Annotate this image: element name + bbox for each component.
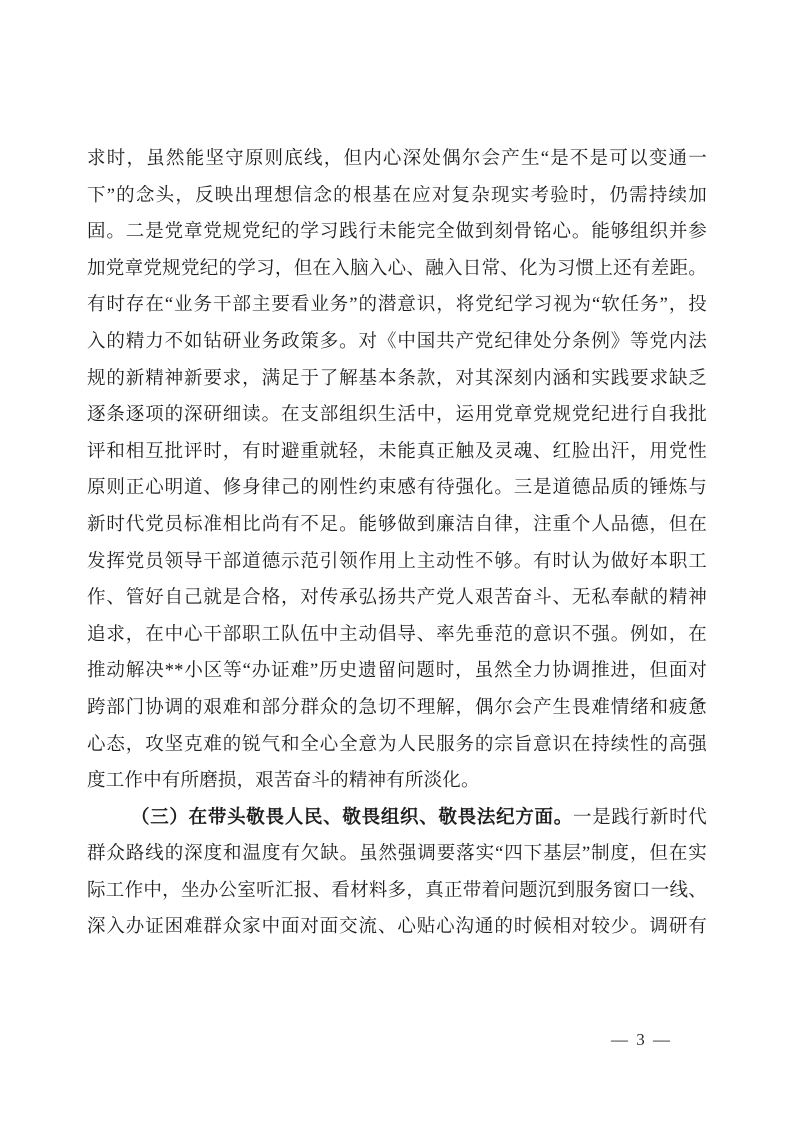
body-line: 有时存在“业务干部主要看业务”的潜意识，将党纪学习视为“软任务”，投 — [87, 287, 707, 324]
page-number: — 3 — — [611, 1028, 672, 1052]
document-body: 求时，虽然能坚守原则底线，但内心深处偶尔会产生“是不是可以变通一 下”的念头，反… — [87, 141, 707, 946]
document-page: 求时，虽然能坚守原则底线，但内心深处偶尔会产生“是不是可以变通一 下”的念头，反… — [0, 0, 793, 1122]
body-line: 加党章党规党纪的学习，但在入脑入心、融入日常、化为习惯上还有差距。 — [87, 251, 707, 288]
body-line: 固。二是党章党规党纪的学习践行未能完全做到刻骨铭心。能够组织并参 — [87, 214, 707, 251]
body-line: 下”的念头，反映出理想信念的根基在应对复杂现实考验时，仍需持续加 — [87, 178, 707, 215]
section-heading-line: （三）在带头敬畏人民、敬畏组织、敬畏法纪方面。一是践行新时代 — [87, 800, 707, 837]
body-line: 原则正心明道、修身律己的刚性约束感有待强化。三是道德品质的锤炼与 — [87, 470, 707, 507]
body-line: 推动解决**小区等“办证难”历史遗留问题时，虽然全力协调推进，但面对 — [87, 653, 707, 690]
body-line: 心态，攻坚克难的锐气和全心全意为人民服务的宗旨意识在持续性的高强 — [87, 727, 707, 764]
body-line: 入的精力不如钻研业务政策多。对《中国共产党纪律处分条例》等党内法 — [87, 324, 707, 361]
body-line: 群众路线的深度和温度有欠缺。虽然强调要落实“四下基层”制度，但在实 — [87, 836, 707, 873]
body-line: 跨部门协调的艰难和部分群众的急切不理解，偶尔会产生畏难情绪和疲惫 — [87, 690, 707, 727]
body-line: 际工作中，坐办公室听汇报、看材料多，真正带着问题沉到服务窗口一线、 — [87, 873, 707, 910]
paragraph-end-line: 度工作中有所磨损，艰苦奋斗的精神有所淡化。 — [87, 763, 707, 800]
body-line: 深入办证困难群众家中面对面交流、心贴心沟通的时候相对较少。调研有 — [87, 909, 707, 946]
section-heading-rest: 一是践行新时代 — [573, 808, 707, 828]
body-line: 新时代党员标准相比尚有不足。能够做到廉洁自律，注重个人品德，但在 — [87, 507, 707, 544]
section-heading: （三）在带头敬畏人民、敬畏组织、敬畏法纪方面。 — [131, 808, 573, 828]
body-line: 求时，虽然能坚守原则底线，但内心深处偶尔会产生“是不是可以变通一 — [87, 141, 707, 178]
body-line: 发挥党员领导干部道德示范引领作用上主动性不够。有时认为做好本职工 — [87, 544, 707, 581]
body-line: 评和相互批评时，有时避重就轻，未能真正触及灵魂、红脸出汗，用党性 — [87, 434, 707, 471]
body-line: 追求，在中心干部职工队伍中主动倡导、率先垂范的意识不强。例如，在 — [87, 617, 707, 654]
body-line: 逐条逐项的深研细读。在支部组织生活中，运用党章党规党纪进行自我批 — [87, 397, 707, 434]
body-line: 作、管好自己就是合格，对传承弘扬共产党人艰苦奋斗、无私奉献的精神 — [87, 580, 707, 617]
body-line: 规的新精神新要求，满足于了解基本条款，对其深刻内涵和实践要求缺乏 — [87, 361, 707, 398]
